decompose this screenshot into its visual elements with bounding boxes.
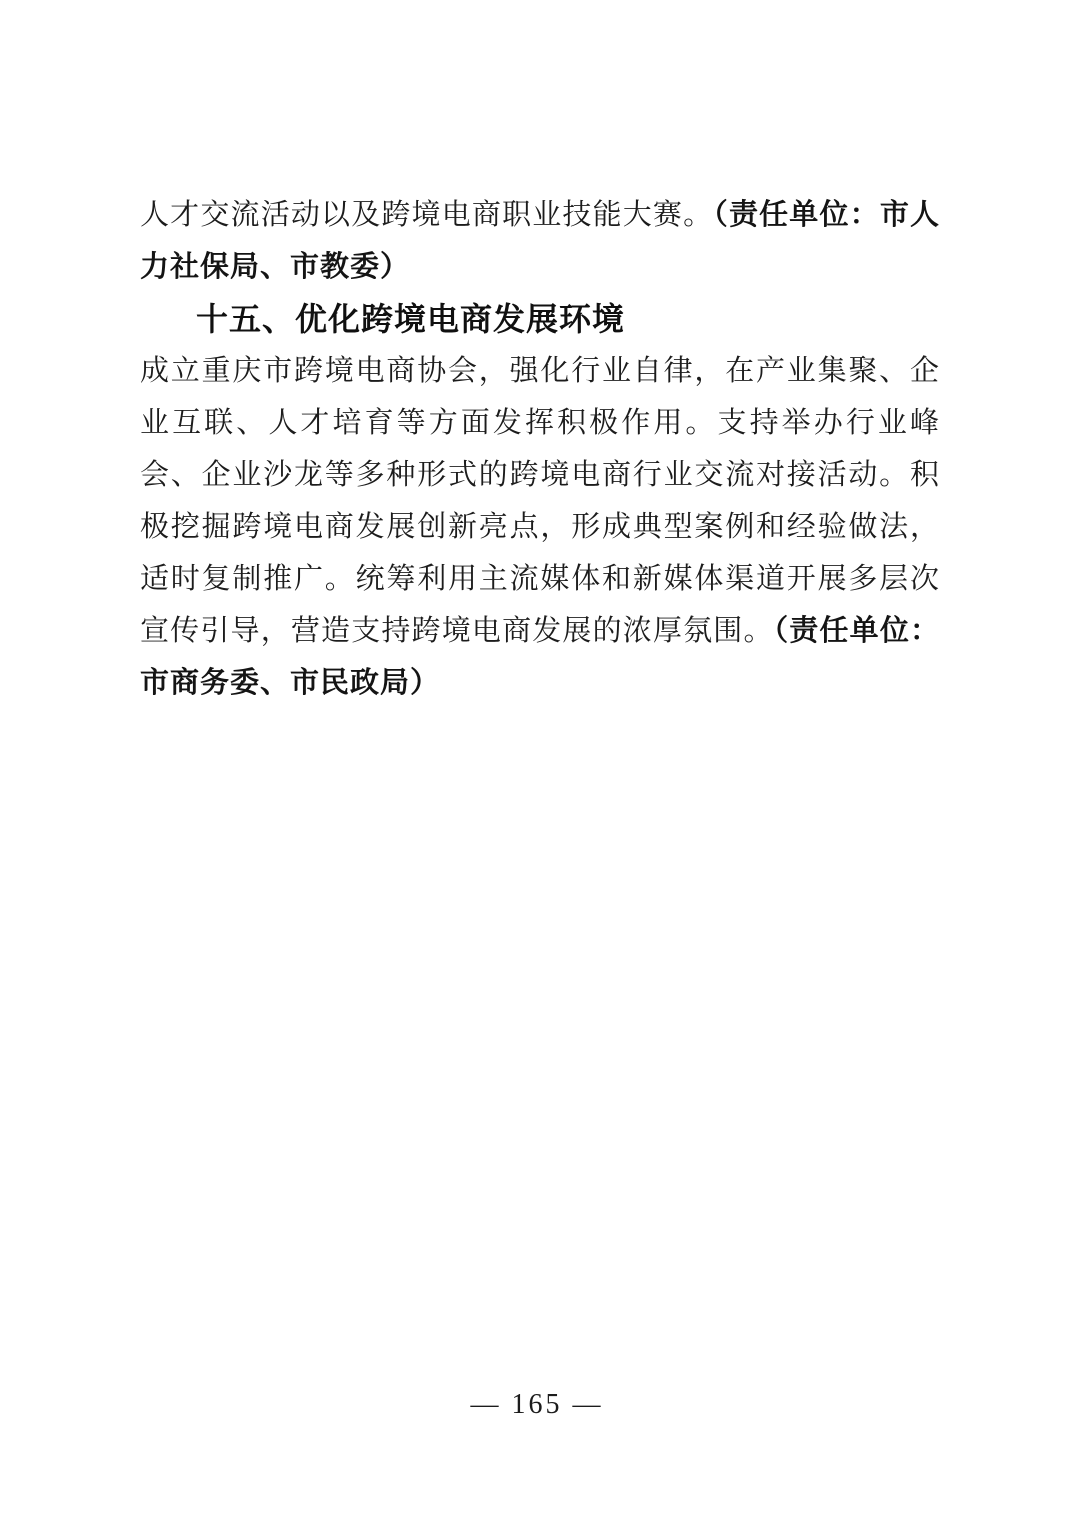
text-block: 人才交流活动以及跨境电商职业技能大赛。（责任单位：市人力社保局、市教委） 十五、…: [140, 189, 940, 709]
section-heading: 十五、优化跨境电商发展环境: [140, 293, 940, 345]
page-number: — 165 —: [0, 1388, 1074, 1422]
document-page: 人才交流活动以及跨境电商职业技能大赛。（责任单位：市人力社保局、市教委） 十五、…: [0, 0, 1074, 1520]
paragraph-continuation-text: 人才交流活动以及跨境电商职业技能大赛。: [140, 199, 713, 231]
paragraph-body: 成立重庆市跨境电商协会，强化行业自律，在产业集聚、企业互联、人才培育等方面发挥积…: [140, 345, 940, 709]
paragraph-body-text: 成立重庆市跨境电商协会，强化行业自律，在产业集聚、企业互联、人才培育等方面发挥积…: [140, 355, 940, 647]
paragraph-continuation: 人才交流活动以及跨境电商职业技能大赛。（责任单位：市人力社保局、市教委）: [140, 189, 940, 293]
